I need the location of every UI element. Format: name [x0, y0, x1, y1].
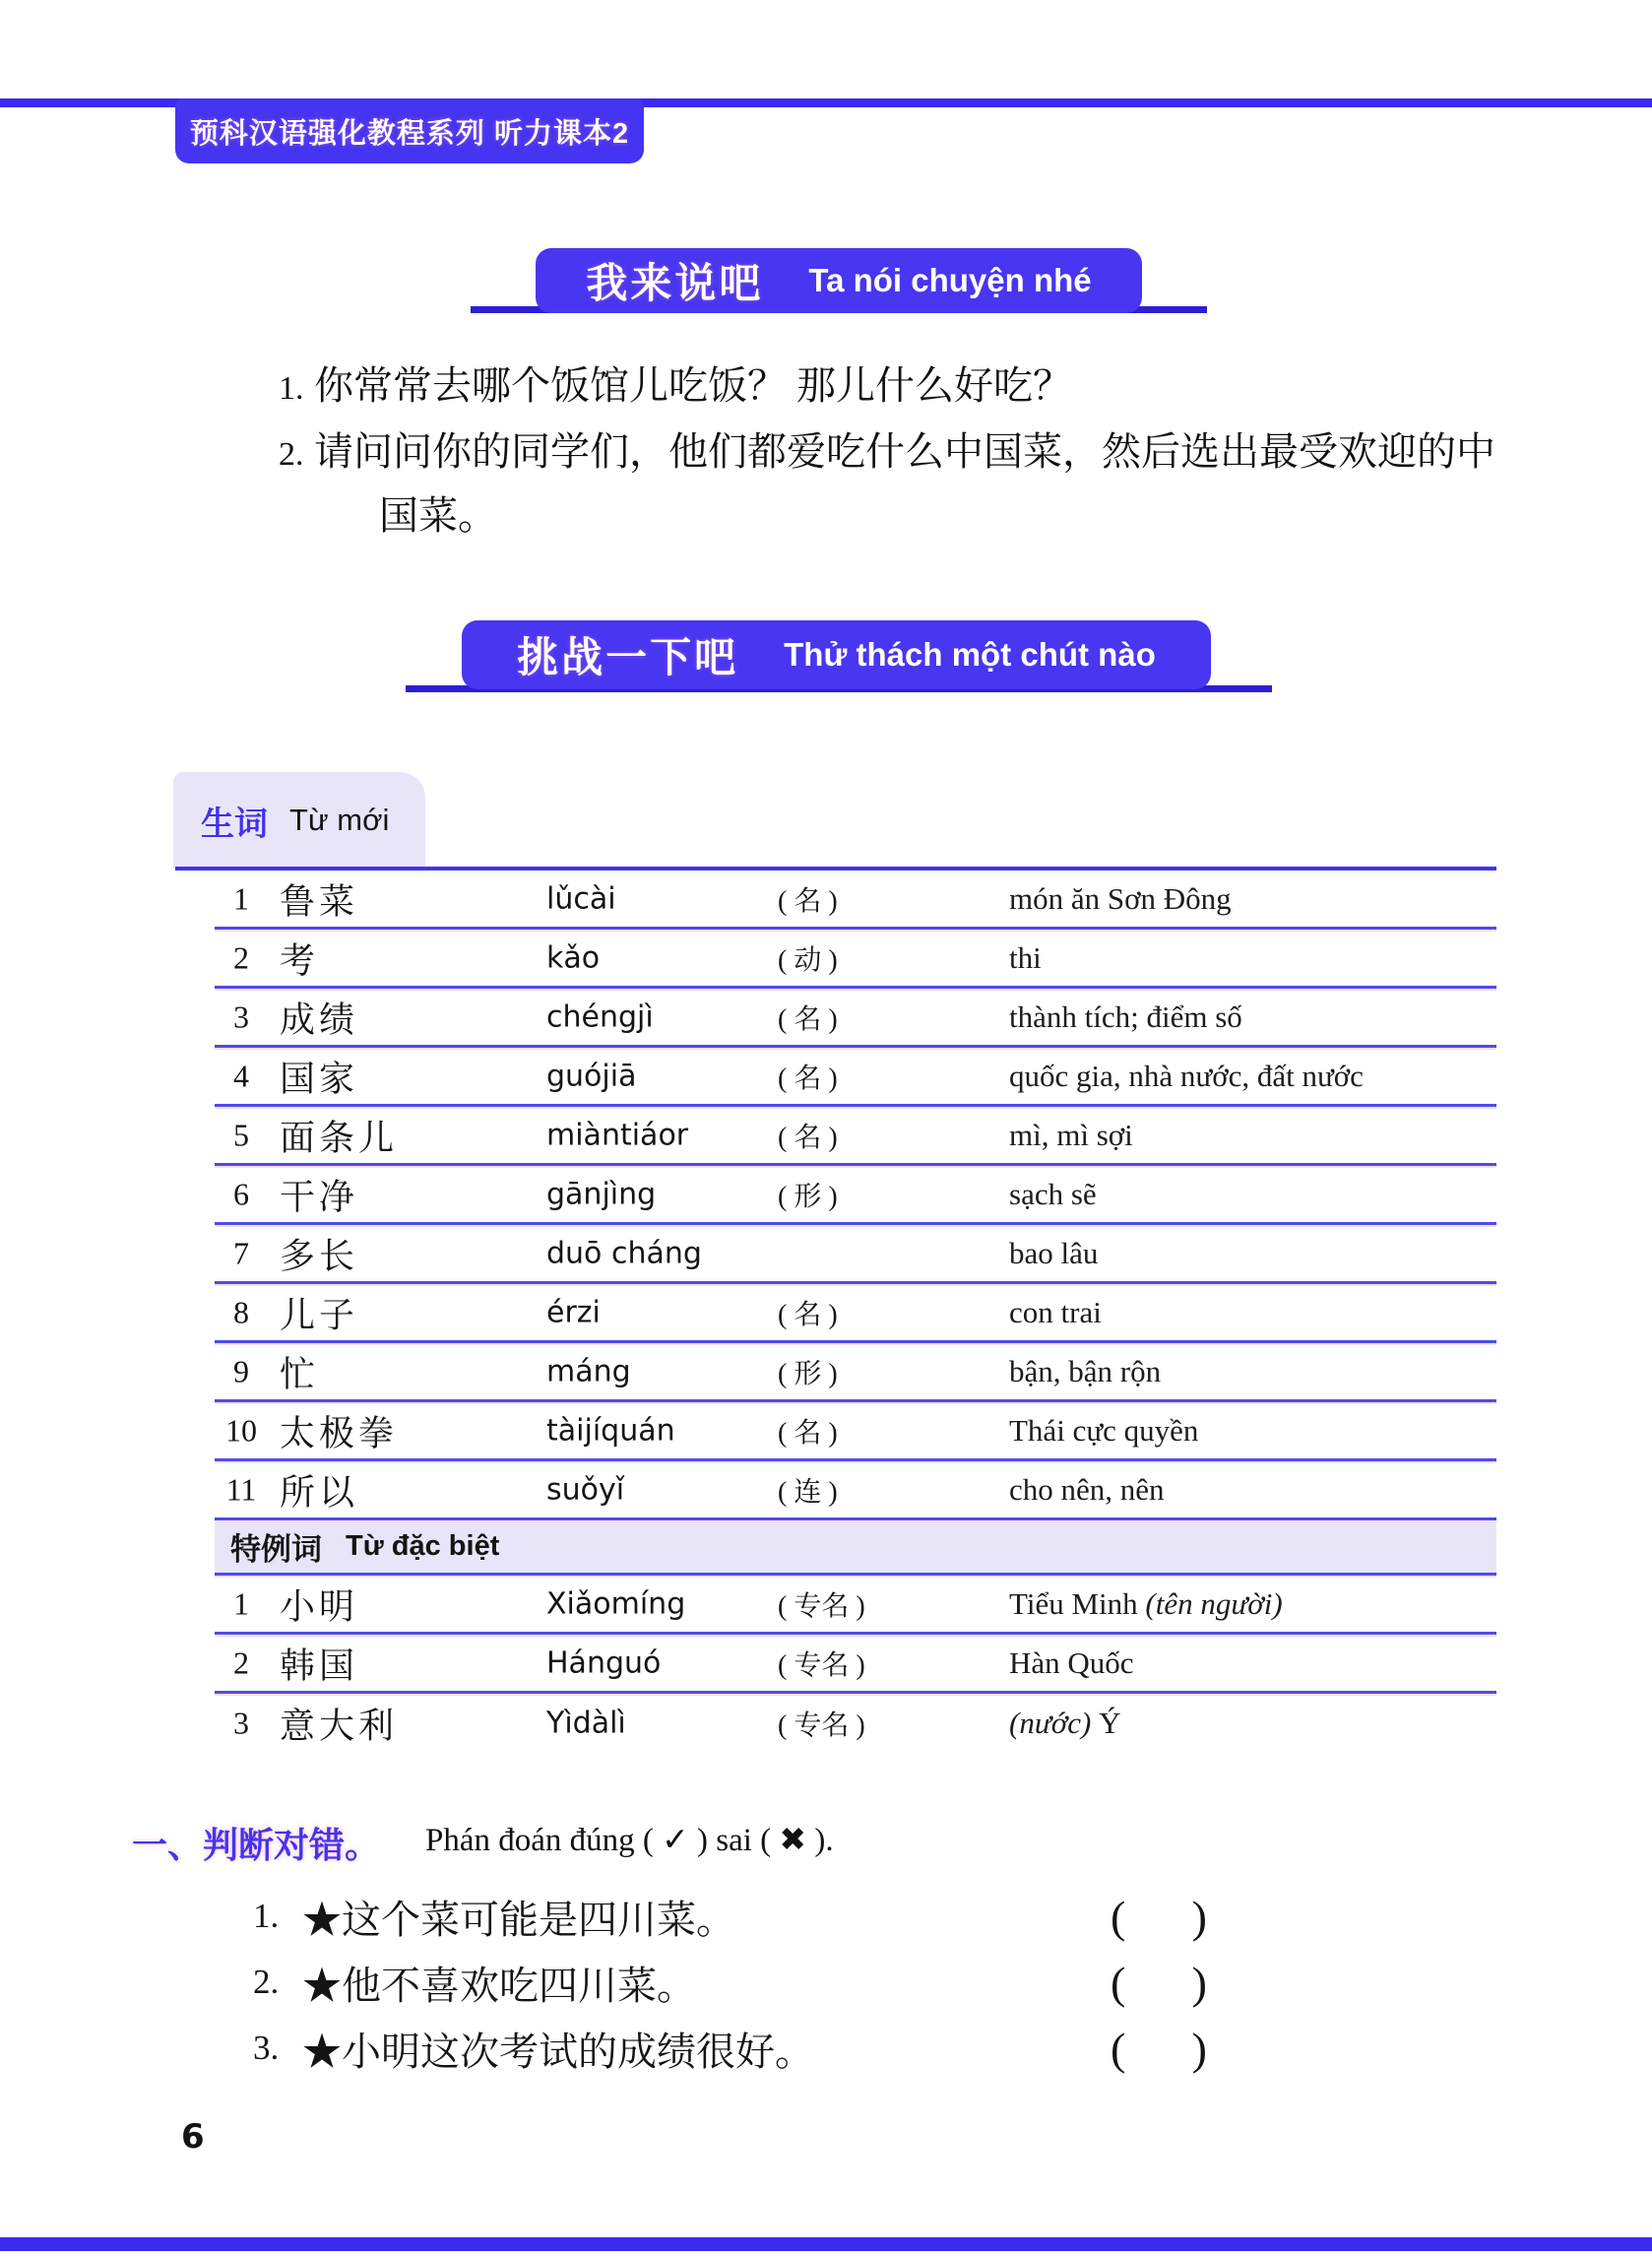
vn-part: Ý [1091, 1706, 1120, 1740]
vocab-translation: thi [1009, 940, 1042, 976]
vn-part: Tiểu Minh [1009, 1586, 1145, 1621]
exercise-heading-zh: 一、判断对错。 [132, 1818, 380, 1868]
vn-part-italic: (tên người) [1145, 1586, 1282, 1621]
vocab-pinyin: Hánguó [546, 1645, 661, 1680]
vocab-num: 10 [221, 1412, 262, 1449]
vocab-row: 3 成绩 chéngjì ( 名 ) thành tích; điểm số [215, 989, 1496, 1048]
question-text: 你常常去哪个饭馆儿吃饭？ 那儿什么好吃？ [314, 363, 1072, 408]
special-words-header: 特例词 Từ đặc biệt [215, 1520, 1496, 1576]
vocab-tab-vi: Từ mới [289, 803, 389, 838]
vocab-translation: món ăn Sơn Đông [1009, 881, 1232, 917]
vocab-num: 7 [221, 1235, 262, 1271]
vocab-word: 国家 [280, 1051, 358, 1101]
vocab-word: 干净 [280, 1169, 358, 1219]
vocab-pos: ( 名 ) [778, 1057, 838, 1096]
series-badge: 预科汉语强化教程系列 听力课本2 [175, 98, 644, 163]
vocab-pos: ( 名 ) [778, 1293, 838, 1332]
vn-part: quốc gia, nhà nước, đất nước [1009, 1059, 1364, 1093]
question-number: 2. [279, 436, 314, 474]
vocab-num: 2 [221, 1644, 262, 1681]
vocab-word: 小明 [280, 1579, 358, 1629]
vocab-translation: Tiểu Minh (tên người) [1009, 1586, 1283, 1622]
vocab-row: 7 多长 duō cháng bao lâu [215, 1225, 1496, 1284]
vocab-pinyin: gānjìng [546, 1177, 656, 1211]
vocab-translation: bận, bận rộn [1009, 1354, 1161, 1389]
vocab-word: 鲁菜 [280, 873, 358, 924]
vocab-pinyin: guójiā [546, 1059, 636, 1093]
vocab-pinyin: duō cháng [546, 1236, 702, 1270]
vocab-row-special: 1 小明 Xiǎomíng ( 专名 ) Tiểu Minh (tên ngườ… [215, 1576, 1496, 1635]
question-text: 请问问你的同学们，他们都爱吃什么中国菜，然后选出最受欢迎的中 [314, 429, 1495, 474]
vocab-translation: mì, mì sợi [1009, 1118, 1133, 1153]
vocab-num: 3 [221, 999, 262, 1035]
vocab-pinyin: kǎo [546, 940, 600, 975]
vocab-row: 8 儿子 érzi ( 名 ) con trai [215, 1284, 1496, 1343]
vn-part: con trai [1009, 1295, 1102, 1329]
vn-part: bao lâu [1009, 1236, 1098, 1270]
vocab-pos: ( 形 ) [778, 1352, 838, 1391]
banner-speak-zh: 我来说吧 [586, 251, 763, 310]
vocab-row-special: 2 韩国 Hánguó ( 专名 ) Hàn Quốc [215, 1635, 1496, 1694]
vocab-row: 11 所以 suǒyǐ ( 连 ) cho nên, nên [215, 1461, 1496, 1520]
banner-speak-vi: Ta nói chuyện nhé [808, 262, 1091, 299]
question-line: 2.请问问你的同学们，他们都爱吃什么中国菜，然后选出最受欢迎的中 [279, 420, 1495, 477]
vocab-pinyin: Xiǎomíng [546, 1586, 685, 1621]
paren-close: ) [1192, 1957, 1207, 2009]
banner-challenge-zh: 挑战一下吧 [517, 625, 738, 684]
page-number: 6 [181, 2117, 205, 2157]
exercise-item-text: ★这个菜可能是四川菜。 [302, 1889, 735, 1945]
vocab-row: 1 鲁菜 lǔcài ( 名 ) món ăn Sơn Đông [215, 871, 1496, 930]
vocab-translation: thành tích; điểm số [1009, 1000, 1242, 1035]
vocab-pos: ( 动 ) [778, 938, 838, 978]
vn-part: món ăn Sơn Đông [1009, 881, 1232, 916]
vocab-pos: ( 连 ) [778, 1470, 838, 1510]
vocab-word: 忙 [280, 1346, 319, 1396]
vocab-row: 5 面条儿 miàntiáor ( 名 ) mì, mì sợi [215, 1107, 1496, 1166]
question-line: 1.你常常去哪个饭馆儿吃饭？ 那儿什么好吃？ [279, 355, 1072, 411]
banner-challenge-vi: Thử thách một chút nào [784, 636, 1156, 674]
vocab-translation: quốc gia, nhà nước, đất nước [1009, 1059, 1364, 1094]
vocab-row-special: 3 意大利 Yìdàlì ( 专名 ) (nước) Ý [215, 1694, 1496, 1753]
exercise-item-text: ★小明这次考试的成绩很好。 [302, 2021, 814, 2077]
vocab-pinyin: tàijíquán [546, 1413, 675, 1448]
vocab-pos: ( 专名 ) [778, 1584, 865, 1624]
vocab-pinyin: érzi [546, 1295, 601, 1329]
vocab-translation: cho nên, nên [1009, 1472, 1165, 1508]
vocab-word: 儿子 [280, 1287, 358, 1337]
vocab-pinyin: miàntiáor [546, 1118, 688, 1152]
vocab-translation: bao lâu [1009, 1236, 1098, 1271]
vocab-word: 太极拳 [280, 1405, 398, 1455]
vocab-tab-zh: 生词 [201, 797, 268, 845]
question-text: 国菜。 [379, 493, 497, 538]
vocab-pinyin: máng [546, 1354, 631, 1388]
special-header-vi: Từ đặc biệt [346, 1530, 499, 1563]
exercise-heading-vi: Phán đoán đúng ( ✓ ) sai ( ✖ ). [425, 1820, 834, 1859]
vn-part: cho nên, nên [1009, 1472, 1165, 1507]
vocab-translation: (nước) Ý [1009, 1706, 1121, 1741]
vocab-row: 2 考 kǎo ( 动 ) thi [215, 930, 1496, 989]
vocab-word: 所以 [280, 1464, 358, 1515]
vocab-pos: ( 形 ) [778, 1175, 838, 1214]
question-line-continuation: 国菜。 [379, 484, 497, 541]
vocab-tab: 生词 Từ mới [173, 772, 425, 869]
answer-blank: () [1111, 1957, 1207, 2009]
vocab-translation: sạch sẽ [1009, 1177, 1097, 1212]
vocab-pos: ( 专名 ) [778, 1644, 865, 1683]
special-header-zh: 特例词 [230, 1524, 322, 1569]
vocab-pinyin: chéngjì [546, 1000, 654, 1034]
vocab-pos: ( 专名 ) [778, 1704, 865, 1743]
paren-open: ( [1111, 1957, 1125, 2009]
bottom-rule [0, 2237, 1652, 2251]
vocab-pos: ( 名 ) [778, 1116, 838, 1155]
vocab-pos: ( 名 ) [778, 879, 838, 919]
exercise-item: 1. ★这个菜可能是四川菜。 () [253, 1889, 1207, 1944]
answer-blank: () [1111, 1891, 1207, 1943]
vocab-pinyin: suǒyǐ [546, 1472, 624, 1507]
vocab-num: 4 [221, 1058, 262, 1094]
vocab-word: 成绩 [280, 992, 358, 1042]
vocab-num: 5 [221, 1117, 262, 1153]
vocab-num: 1 [221, 1585, 262, 1622]
exercise-item: 2. ★他不喜欢吃四川菜。 () [253, 1955, 1207, 2010]
textbook-page: 预科汉语强化教程系列 听力课本2 我来说吧 Ta nói chuyện nhé … [0, 0, 1652, 2257]
vocab-row: 9 忙 máng ( 形 ) bận, bận rộn [215, 1343, 1496, 1402]
vn-part: bận, bận rộn [1009, 1354, 1161, 1388]
vocab-pos: ( 名 ) [778, 1411, 838, 1451]
paren-open: ( [1111, 1891, 1125, 1943]
vocab-num: 6 [221, 1176, 262, 1212]
paren-close: ) [1192, 2023, 1207, 2075]
banner-challenge-section: 挑战一下吧 Thử thách một chút nào [462, 620, 1211, 689]
vocab-num: 1 [221, 880, 262, 917]
exercise-item-number: 3. [253, 2029, 302, 2068]
vocab-num: 3 [221, 1706, 262, 1742]
exercise-item-text: ★他不喜欢吃四川菜。 [302, 1955, 696, 2011]
vocab-word: 考 [280, 933, 319, 983]
vn-part: thi [1009, 940, 1042, 975]
paren-open: ( [1111, 2023, 1125, 2075]
vn-part-italic: (nước) [1009, 1706, 1091, 1740]
vocab-pinyin: Yìdàlì [546, 1707, 626, 1741]
vocab-row: 4 国家 guójiā ( 名 ) quốc gia, nhà nước, đấ… [215, 1048, 1496, 1107]
vn-part: mì, mì sợi [1009, 1118, 1133, 1152]
vocab-num: 9 [221, 1353, 262, 1389]
exercise-heading: 一、判断对错。 Phán đoán đúng ( ✓ ) sai ( ✖ ). [0, 1818, 1652, 1869]
vocab-word: 多长 [280, 1228, 358, 1278]
paren-close: ) [1192, 1891, 1207, 1943]
vocab-row: 6 干净 gānjìng ( 形 ) sạch sẽ [215, 1166, 1496, 1225]
vocab-word: 韩国 [280, 1638, 358, 1688]
vocab-table: 1 鲁菜 lǔcài ( 名 ) món ăn Sơn Đông 2 考 kǎo… [215, 871, 1496, 1753]
exercise-item-number: 2. [253, 1963, 302, 2002]
vn-part: Thái cực quyền [1009, 1413, 1198, 1448]
vocab-num: 8 [221, 1294, 262, 1330]
series-title: 预科汉语强化教程系列 听力课本2 [190, 111, 629, 152]
vocab-word: 面条儿 [280, 1110, 398, 1160]
vocab-word: 意大利 [280, 1699, 398, 1749]
vn-part: sạch sẽ [1009, 1177, 1097, 1211]
vn-part: thành tích; điểm số [1009, 1000, 1242, 1034]
vocab-pinyin: lǔcài [546, 881, 616, 916]
banner-speak-section: 我来说吧 Ta nói chuyện nhé [536, 248, 1142, 313]
vocab-translation: Thái cực quyền [1009, 1413, 1198, 1449]
vocab-num: 2 [221, 939, 262, 976]
question-number: 1. [279, 370, 314, 408]
answer-blank: () [1111, 2023, 1207, 2075]
vocab-pos: ( 名 ) [778, 998, 838, 1037]
vn-part: Hàn Quốc [1009, 1645, 1134, 1680]
exercise-item: 3. ★小明这次考试的成绩很好。 () [253, 2021, 1207, 2076]
vocab-translation: con trai [1009, 1295, 1102, 1330]
vocab-translation: Hàn Quốc [1009, 1645, 1134, 1681]
exercise-item-number: 1. [253, 1897, 302, 1936]
vocab-num: 11 [221, 1471, 262, 1508]
vocab-row: 10 太极拳 tàijíquán ( 名 ) Thái cực quyền [215, 1402, 1496, 1461]
